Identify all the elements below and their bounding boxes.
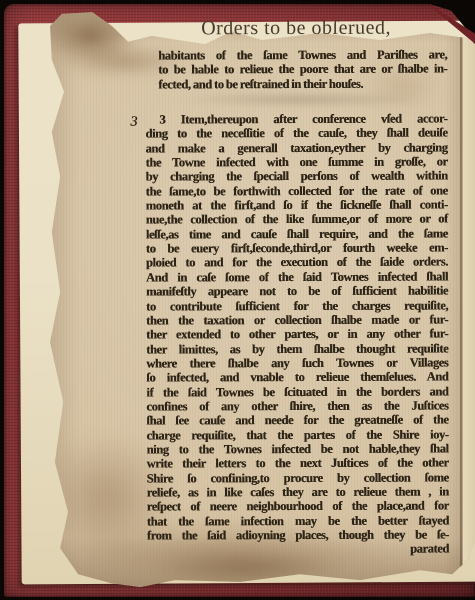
text-line: to contribute ſufficient for the charges…	[146, 298, 448, 313]
text-line: and make a generall taxation,eyther by c…	[145, 140, 447, 155]
intro-paragraph: habitants of the ſame Townes and Pariſhe…	[158, 47, 447, 91]
text-line: then the taxation or collection ſhalbe m…	[146, 312, 448, 327]
text-line: ning to the Townes infected be not hable…	[147, 441, 449, 456]
intro-lines: habitants of the ſame Townes and Pariſhe…	[158, 47, 447, 91]
text-line: to be hable to relieue the poore that ar…	[158, 62, 447, 77]
item-lines: 3 Item,thereupon after conference vſed a…	[145, 112, 449, 543]
text-line: 3 Item,thereupon after conference vſed a…	[145, 112, 447, 127]
text-line: reliefe, as in like caſes they are to re…	[147, 484, 449, 499]
catchword: parated	[147, 542, 449, 558]
book-photo: Orders to be obſerued, habitants of the …	[0, 0, 475, 600]
text-line: charge requiſite, that the partes of the…	[146, 427, 448, 442]
text-line: where there ſhalbe any ſuch Townes or Vi…	[146, 355, 448, 370]
text-line: ſhal ſee cauſe and neede for the greatne…	[146, 413, 448, 428]
gutter-crease	[460, 25, 475, 572]
text-line: by charging the ſpeciall perſons of weal…	[146, 169, 448, 184]
text-line: from the ſaid adioyning places, though t…	[147, 527, 449, 542]
text-line: ther extended to other partes, or in any…	[146, 327, 448, 342]
text-line: nue,the collection of the like ſumme,or …	[146, 212, 448, 227]
text-line: to be euery firſt,ſeconde,third,or fourt…	[146, 241, 448, 256]
text-line: the ſame,to be forthwith collected for t…	[146, 183, 448, 198]
text-line: manifeſtly appeare not to be of ſufficie…	[146, 284, 448, 299]
text-line: write their letters to the next Juſtices…	[147, 456, 449, 471]
text-line: ding to the neceſſitie of the cauſe, the…	[145, 126, 447, 141]
text-line: confines of any other ſhire, then as the…	[146, 398, 448, 413]
text-line: if the ſaid Townes be ſcituated in the b…	[146, 384, 448, 399]
text-line: And in caſe ſome of the ſaid Townes infe…	[146, 269, 448, 284]
text-line: habitants of the ſame Townes and Pariſhe…	[158, 47, 447, 62]
text-line: ſo infected, and vnable to relieue themſ…	[146, 370, 448, 385]
page-header: Orders to be obſerued,	[145, 15, 447, 40]
text-block: Orders to be obſerued, habitants of the …	[145, 15, 449, 557]
text-line: ploied to and for the execution of the ſ…	[146, 255, 448, 270]
text-line: moneth at the firſt,and ſo if the ſickne…	[146, 198, 448, 213]
text-line: reſpect of neere neighbourhood of the pl…	[147, 499, 449, 514]
text-line: ther limittes, as by them ſhalbe thought…	[146, 341, 448, 356]
text-line: fected, and to be reſtrained in their ho…	[158, 76, 447, 91]
text-line: that the ſame infection may be the bette…	[147, 513, 449, 528]
item-paragraph: 3 3 Item,thereupon after conference vſed…	[145, 112, 449, 558]
text-line: the Towne infected with one ſumme in gro…	[146, 155, 448, 170]
text-line: leſſe,as time and cauſe ſhall require, a…	[146, 226, 448, 241]
text-line: Shire ſo confining,to procure by collect…	[147, 470, 449, 485]
margin-number: 3	[130, 116, 137, 130]
